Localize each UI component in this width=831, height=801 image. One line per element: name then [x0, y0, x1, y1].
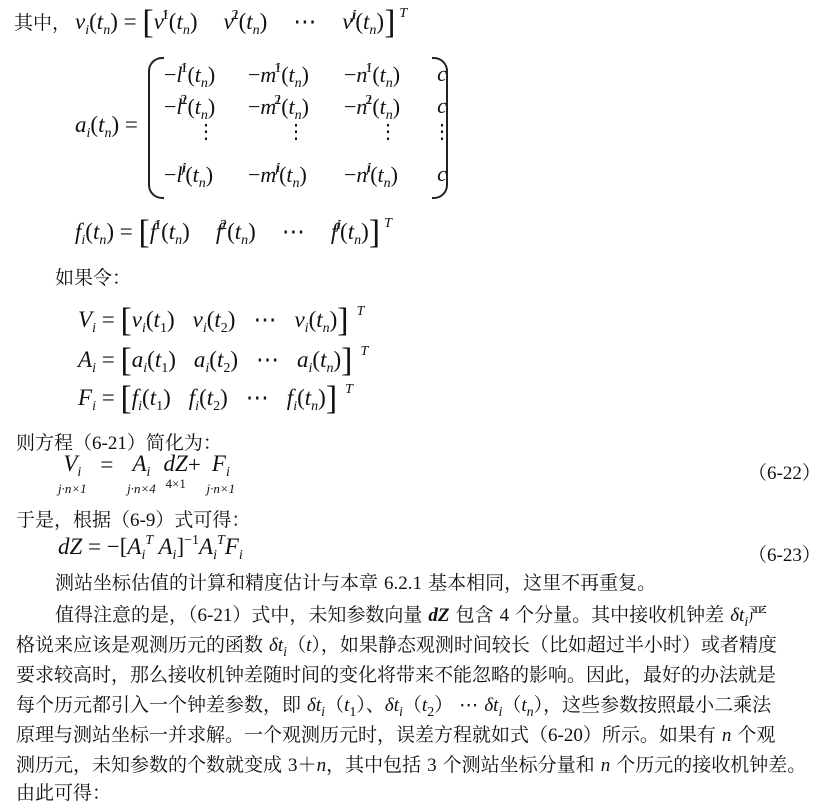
- prefix-label: 其中，: [14, 12, 71, 34]
- matrix-a: −li1(tn) −mi1(tn) −ni1(tn) c −li2(tn) −m…: [148, 57, 448, 197]
- simplify-label: 则方程（6-21）简化为：: [16, 428, 222, 455]
- matrix-row-vdots: ⋮ ⋮ ⋮ ⋮: [164, 127, 452, 137]
- matrix-row-2: −li2(tn) −mi2(tn) −ni2(tn) c: [164, 93, 452, 124]
- left-paren: [148, 57, 164, 199]
- equation-number-6-23: （6-23）: [748, 540, 821, 567]
- matrix-a-lhs: ai(tn) =: [75, 112, 138, 142]
- paragraph-2-line-3: 要求较高时，那么接收机钟差随时间的变化将带来不能忽略的影响。因此，最好的办法就是: [16, 660, 776, 687]
- equation-f-vector: fi(tn) = [fi1(tn)fi2(tn)⋯fij(tn)]T: [75, 216, 392, 249]
- paragraph-1: 测站坐标估值的计算和精度估计与本章 6.2.1 基本相同，这里不再重复。: [55, 568, 656, 595]
- equation-6-22: Vij·n×1 = Aij·n×4 dZ4×1+ Fij·n×1: [58, 452, 235, 495]
- derive-label: 于是，根据（6-9）式可得：: [16, 505, 250, 532]
- matrix-row-1: −li1(tn) −mi1(tn) −ni1(tn) c: [164, 61, 452, 92]
- v-vector-formula: vi(tn) = [vi1(tn)vi2(tn)⋯vij(tn)]T: [75, 9, 407, 34]
- paragraph-2-line-1: 值得注意的是，（6-21）式中，未知参数向量 dZ 包含 4 个分量。其中接收机…: [55, 600, 767, 631]
- paragraph-2-line-4: 每个历元都引入一个钟差参数，即 δti（t1）、δti（t2） ⋯ δti（tn…: [16, 690, 771, 721]
- equation-F-def: Fi = [fi(t1)fi(t2)⋯fi(tn)]T: [78, 382, 353, 415]
- equation-V-def: Vi = [vi(t1)vi(t2)⋯vi(tn)]T: [78, 304, 364, 337]
- paragraph-2-line-7: 由此可得：: [16, 778, 111, 801]
- paragraph-2-line-2: 格说来应该是观测历元的函数 δti（t），如果静态观测时间较长（比如超过半小时）…: [16, 630, 777, 661]
- equation-6-23: dZ = −[AiT Ai]−1AiTFi: [58, 533, 243, 564]
- equation-A-def: Ai = [ai(t1)ai(t2)⋯ai(tn)]T: [78, 344, 368, 377]
- matrix-row-j: −lij(tn) −mij(tn) −nij(tn) c: [164, 161, 452, 192]
- paragraph-2-line-6: 测历元，未知参数的个数就变成 3＋n，其中包括 3 个测站坐标分量和 n 个历元…: [16, 750, 806, 777]
- equation-number-6-22: （6-22）: [748, 458, 821, 485]
- paragraph-2-line-5: 原理与测站坐标一并求解。一个观测历元时，误差方程就如式（6-20）所示。如果有 …: [16, 720, 775, 747]
- equation-v-definition: 其中， vi(tn) = [vi1(tn)vi2(tn)⋯vij(tn)]T: [14, 6, 407, 39]
- let-label: 如果令：: [55, 263, 131, 290]
